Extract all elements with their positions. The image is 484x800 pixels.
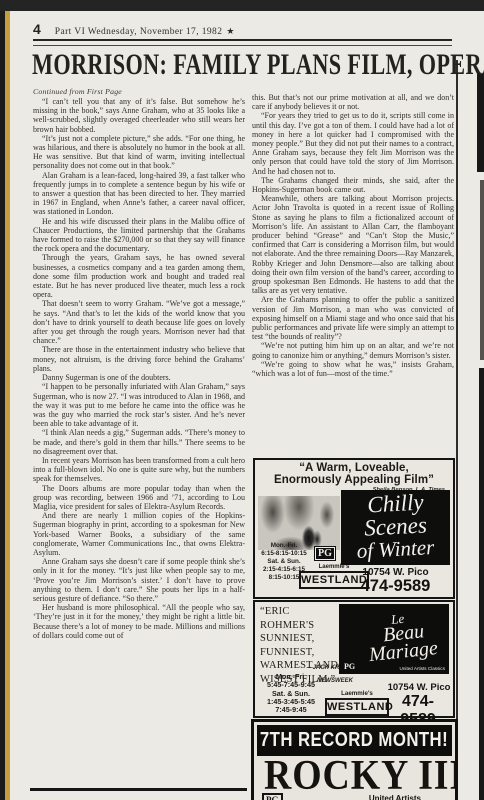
newspaper-page-scan: { "page": { "number": "4", "edition": "P… bbox=[0, 0, 484, 800]
theater-brand: Laemmle's bbox=[325, 690, 389, 697]
showtime-line: 6:15-8:15-10:15 bbox=[257, 550, 311, 558]
showtimes: Mon.-Fri.5:45-7:45-9:45Sat. & Sun.1:45-3… bbox=[259, 673, 323, 714]
theater-address: 10754 W. Pico bbox=[387, 682, 451, 693]
article-paragraph: “I happen to be personally infuriated wi… bbox=[33, 382, 245, 428]
ad-quote-line: “A Warm, Loveable, bbox=[255, 462, 453, 475]
studio-credit: United Artists bbox=[369, 794, 421, 800]
article-paragraph: “I can’t tell you that any of it’s false… bbox=[33, 97, 245, 134]
article-paragraph: this. But that’s not our prime motivatio… bbox=[252, 93, 454, 111]
article-column-right: this. But that’s not our prime motivatio… bbox=[252, 93, 454, 455]
article-paragraph: Alan Graham is a lean-faced, long-haired… bbox=[33, 171, 245, 217]
movie-title-art: LeBeauMariage PG United Artists Classics bbox=[339, 604, 449, 674]
ad-chilly-scenes-of-winter: “A Warm, Loveable, Enormously Appealing … bbox=[253, 458, 455, 599]
adjacent-column-fragment bbox=[479, 368, 484, 800]
theater-phone: 474-9589 bbox=[341, 577, 450, 596]
section-bottom-rule bbox=[30, 788, 247, 791]
article-paragraph: He and his wife discussed their plans in… bbox=[33, 217, 245, 254]
adjacent-column-fragment bbox=[480, 180, 484, 360]
article-paragraph: Are the Grahams planning to offer the pu… bbox=[252, 295, 454, 341]
showtime-line: Mon.-Fri. bbox=[257, 542, 311, 550]
ad-rocky-iii: 7TH RECORD MONTH! ROCKY III PG United Ar… bbox=[251, 719, 458, 800]
ad-quote-line: “ERIC ROHMER'S bbox=[260, 605, 344, 632]
article-paragraph: That doesn’t seem to worry Graham. “We’v… bbox=[33, 299, 245, 345]
article-paragraph: In recent years Morrison has been transf… bbox=[33, 456, 245, 484]
article-paragraph: There are those in the entertainment ind… bbox=[33, 345, 245, 373]
adjacent-column-fragment bbox=[477, 74, 484, 172]
theater-name: WESTLAND bbox=[325, 698, 389, 716]
article-paragraph: “We’re not putting him him up on an alta… bbox=[252, 341, 454, 359]
continued-from-note: Continued from First Page bbox=[33, 87, 122, 96]
column-divider-rule bbox=[456, 60, 458, 800]
article-headline: MORRISON: FAMILY PLANS FILM, OPERA bbox=[32, 48, 484, 82]
rating-badge: PG bbox=[344, 662, 355, 671]
article-paragraph: And there are nearly 1 million copies of… bbox=[33, 511, 245, 557]
movie-title-art: ChillyScenesof Winter bbox=[341, 490, 450, 565]
ad-le-beau-mariage: “ERIC ROHMER'SSUNNIEST, FUNNIEST,WARMEST… bbox=[253, 600, 455, 718]
movie-title-lines: LeBeauMariage bbox=[339, 610, 449, 661]
article-paragraph: Meanwhile, others are talking about Morr… bbox=[252, 194, 454, 295]
ad-banner: 7TH RECORD MONTH! bbox=[257, 725, 452, 756]
showtime-line: 7:45-9:45 bbox=[259, 706, 323, 714]
ad-quote-line: Enormously Appealing Film” bbox=[255, 474, 453, 487]
scan-top-edge bbox=[0, 0, 484, 11]
rating-badge: PG bbox=[262, 793, 283, 800]
movie-title-line: of Winter bbox=[341, 535, 450, 564]
ad-banner-text: 7TH RECORD MONTH! bbox=[260, 729, 448, 752]
movie-title: ROCKY III bbox=[264, 756, 445, 796]
article-paragraph: Danny Sugerman is one of the doubters. bbox=[33, 373, 245, 382]
article-paragraph: “It’s just not a complete picture,” she … bbox=[33, 134, 245, 171]
article-paragraph: “We’re going to show what he was,” insis… bbox=[252, 360, 454, 378]
theater-block: Laemmle's WESTLAND bbox=[325, 690, 389, 716]
movie-title-line: Mariage bbox=[368, 638, 449, 665]
ad-quote-line: SUNNIEST, FUNNIEST, bbox=[260, 632, 344, 659]
edition-line: Part VI Wednesday, November 17, 1982 bbox=[55, 27, 223, 37]
page-number: 4 bbox=[33, 21, 41, 37]
rating-badge: PG bbox=[314, 546, 336, 561]
studio-credit: United Artists Classics bbox=[400, 666, 445, 671]
article-paragraph: Through the years, Graham says, he has o… bbox=[33, 253, 245, 299]
article-column-left: “I can’t tell you that any of it’s false… bbox=[33, 97, 245, 787]
article-paragraph: The Grahams changed their minds, she sai… bbox=[252, 176, 454, 194]
masthead-rule bbox=[33, 39, 452, 46]
article-paragraph: Her husband is more philosophical. “All … bbox=[33, 603, 245, 640]
article-paragraph: The Doors albums are more popular today … bbox=[33, 484, 245, 512]
article-paragraph: “I think Alan needs a gig,” Sugerman add… bbox=[33, 428, 245, 456]
star-icon: ★ bbox=[226, 26, 234, 36]
article-paragraph: Anne Graham says she doesn’t care if som… bbox=[33, 557, 245, 603]
article-paragraph: “For years they tried to get us to do it… bbox=[252, 111, 454, 175]
masthead: 4Part VI Wednesday, November 17, 1982 ★ bbox=[33, 21, 453, 38]
